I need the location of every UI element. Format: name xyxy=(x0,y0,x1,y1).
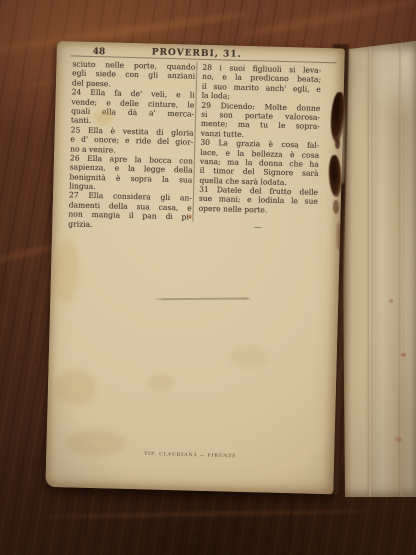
page-crease xyxy=(399,41,402,497)
text-column-left: sciuto nelle porte, quandoegli siede con… xyxy=(68,59,195,231)
page-stain xyxy=(52,239,80,304)
torn-edge-stain xyxy=(333,200,339,214)
wood-grain-streak xyxy=(241,0,416,40)
page-speck xyxy=(188,215,191,219)
page-speck xyxy=(401,353,406,357)
faint-pencil-mark xyxy=(152,297,251,300)
page-speck xyxy=(395,437,402,442)
facing-page-edges xyxy=(341,41,416,497)
page-speck xyxy=(389,299,393,303)
page-stain xyxy=(229,346,270,369)
photo-scene: 48 PROVERBI, 31. sciuto nelle porte, qua… xyxy=(0,0,416,555)
page-stain xyxy=(148,374,174,393)
printer-imprint: TIP. CLAUDIANA — FIRENZE xyxy=(138,450,243,459)
page-stain xyxy=(66,429,127,457)
torn-edge-stain xyxy=(335,138,340,149)
book-page: 48 PROVERBI, 31. sciuto nelle porte, qua… xyxy=(45,41,345,494)
section-end-dash: — xyxy=(198,221,317,233)
wood-scratch xyxy=(85,498,89,548)
wood-scratch xyxy=(288,494,293,552)
page-stain xyxy=(53,369,96,406)
wood-grain-streak xyxy=(40,509,370,519)
torn-edge-stain xyxy=(337,222,341,250)
text-column-right: 28 i suoi figliuoli si leva-no, e la pre… xyxy=(199,63,322,216)
page-crease xyxy=(368,41,372,497)
